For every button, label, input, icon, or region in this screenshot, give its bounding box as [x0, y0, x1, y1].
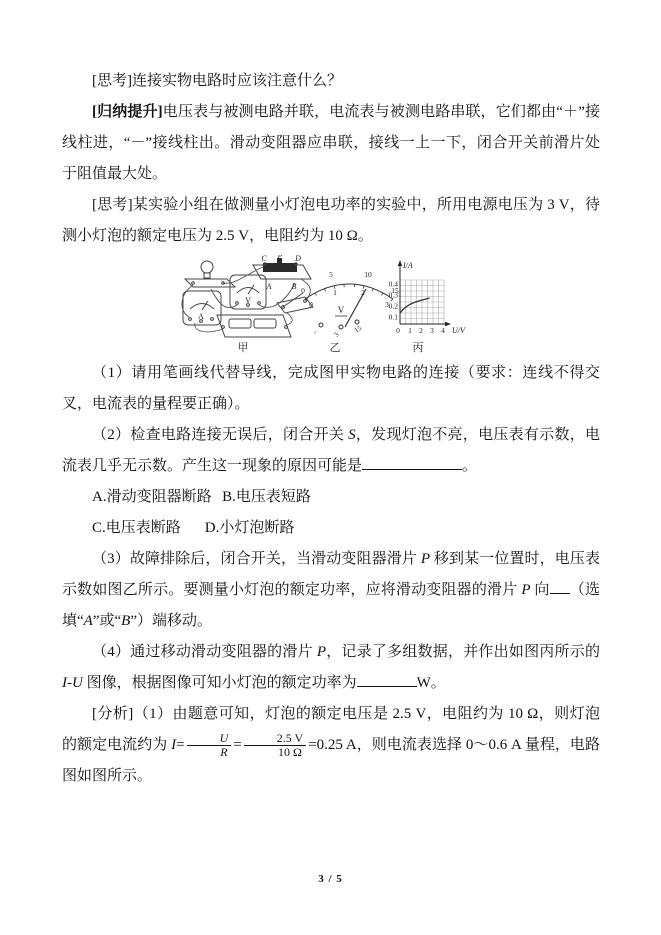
rheostat-terminal-b-label: B: [292, 282, 297, 291]
graph-ytick-03: 0.3: [389, 291, 399, 300]
variable-p: P: [421, 551, 430, 567]
graph-ytick-01: 0.1: [389, 313, 399, 322]
voltmeter-dial: [305, 284, 393, 329]
graph-xtick-2: 2: [419, 326, 423, 335]
rheostat-terminal-d-label: D: [294, 255, 301, 263]
q3-text-5: ”或“: [93, 613, 121, 629]
rheostat-terminal-c-label: C: [261, 255, 267, 263]
q3-text-3: 向: [531, 582, 550, 598]
q2-text-end: 。: [462, 458, 477, 474]
switch-drawing: [277, 293, 313, 313]
options-line-ab: A.滑动变阻器断路B.电压表短路: [62, 482, 600, 513]
dial-outer-tick-10: 10: [364, 270, 372, 279]
graph-xtick-1: 1: [408, 326, 412, 335]
option-b: B.电压表短路: [222, 489, 311, 505]
dial-inner-tick-2: 2: [361, 288, 365, 297]
paragraph-think-2: [思考]某实验小组在做测量小灯泡电功率的实验中，所用电源电压为 3 V，待测小灯…: [62, 190, 600, 252]
q4-text-3: 图像，根据图像可知小灯泡的额定功率为: [83, 675, 357, 691]
paragraph-analysis: [分析]（1）由题意可知，灯泡的额定电压是 2.5 V，电阻约为 10 Ω，则灯…: [62, 699, 600, 792]
fraction-25v-over-10ohm: 2.5 V10 Ω: [244, 732, 306, 759]
fraction-numerator: 2.5 V: [244, 732, 306, 746]
think2-text: [思考]某实验小组在做测量小灯泡电功率的实验中，所用电源电压为 3 V，待测小灯…: [62, 197, 600, 244]
rheostat-slider-p-label: P: [277, 255, 283, 261]
equals-sign: =: [233, 737, 241, 753]
equals-sign: =: [176, 737, 184, 753]
voltmeter-v-label: V: [245, 296, 251, 305]
dial-terminal-3: 3: [332, 330, 341, 338]
option-d: D.小灯泡断路: [205, 520, 295, 536]
variable-p: P: [317, 644, 326, 660]
fraction-numerator: U: [187, 732, 232, 746]
option-a: A.滑动变阻器断路: [92, 489, 212, 505]
graph-xlabel: U/V: [452, 326, 466, 335]
fraction-u-over-r: UR: [187, 732, 232, 759]
graph-ytick-02: 0.2: [389, 302, 399, 311]
variable-p: P: [521, 582, 530, 598]
q3-text-1: （3）故障排除后，闭合开关，当滑动变阻器滑片: [92, 551, 421, 567]
graph-xtick-4: 4: [441, 326, 445, 335]
paragraph-question-2: （2）检查电路连接无误后，闭合开关 S，发现灯泡不亮，电压表有示数，电流表几乎无…: [62, 420, 600, 482]
answer-blank-q4: [357, 672, 417, 687]
caption-yi: 乙: [330, 341, 341, 354]
battery-pack-drawing: [217, 315, 291, 337]
experiment-figure: C P D A B V A 甲 0 5 10 15 0 1 2 3 V: [175, 255, 475, 355]
caption-jia: 甲: [238, 341, 249, 354]
option-c: C.电压表断路: [92, 520, 181, 536]
graph-curve: [400, 298, 430, 313]
fraction-denominator: R: [187, 746, 232, 759]
paragraph-question-3: （3）故障排除后，闭合开关，当滑动变阻器滑片 P 移到某一位置时，电压表示数如图…: [62, 544, 600, 637]
graph-ytick-04: 0.4: [389, 280, 399, 289]
q4-unit: W。: [417, 675, 446, 691]
paragraph-summary: [归纳提升]电压表与被测电路并联，电流表与被测电路串联，它们都由“＋”接线柱进，…: [62, 97, 600, 190]
graph-xtick-3: 3: [430, 326, 434, 335]
rheostat-terminal-a-label: A: [266, 282, 272, 291]
think1-text: [思考]连接实物电路时应该注意什么？: [92, 73, 342, 89]
options-line-cd: C.电压表断路D.小灯泡断路: [62, 513, 600, 544]
q1-text: （1）请用笔画线代替导线，完成图甲实物电路的连接（要求：连线不得交叉，电流表的量…: [62, 365, 600, 412]
dial-inner-tick-0: 0: [309, 300, 313, 309]
caption-bing: 丙: [413, 341, 424, 354]
dial-terminal-minus: −: [311, 329, 320, 337]
q4-text-2: ，记录了多组数据，并作出如图丙所示的: [326, 644, 600, 660]
answer-blank-q2: [362, 455, 462, 470]
choice-b: B: [121, 613, 130, 629]
page-number: 3 / 5: [0, 864, 661, 895]
paragraph-question-1: （1）请用笔画线代替导线，完成图甲实物电路的连接（要求：连线不得交叉，电流表的量…: [62, 358, 600, 420]
q2-text-pre: （2）检查电路连接无误后，闭合开关: [92, 427, 348, 443]
dial-unit-label: V: [338, 305, 345, 315]
graph-xtick-0: 0: [396, 326, 400, 335]
variable-iu: I-U: [62, 675, 83, 691]
graph-ylabel: I/A: [402, 261, 413, 270]
dial-terminal-15: 15: [353, 324, 363, 335]
choice-a: A: [84, 613, 93, 629]
paragraph-question-4: （4）通过移动滑动变阻器的滑片 P，记录了多组数据，并作出如图丙所示的 I-U …: [62, 637, 600, 699]
dial-inner-tick-1: 1: [333, 288, 337, 297]
figure-svg: C P D A B V A 甲 0 5 10 15 0 1 2 3 V: [175, 255, 475, 355]
ammeter-a-label: A: [198, 312, 204, 321]
document-page: [思考]连接实物电路时应该注意什么？ [归纳提升]电压表与被测电路并联，电流表与…: [0, 0, 661, 935]
fraction-denominator: 10 Ω: [244, 746, 306, 759]
paragraph-think-1: [思考]连接实物电路时应该注意什么？: [62, 66, 600, 97]
q4-text-1: （4）通过移动滑动变阻器的滑片: [92, 644, 317, 660]
variable-s: S: [348, 427, 356, 443]
summary-label: [归纳提升]: [92, 104, 163, 120]
graph-grid: [400, 280, 444, 324]
dial-outer-tick-0: 0: [301, 286, 305, 295]
dial-outer-tick-5: 5: [329, 270, 333, 279]
analysis-label: [分析]: [92, 706, 133, 722]
answer-blank-q3: [550, 579, 570, 594]
q3-text-6: ”）端移动。: [130, 613, 212, 629]
